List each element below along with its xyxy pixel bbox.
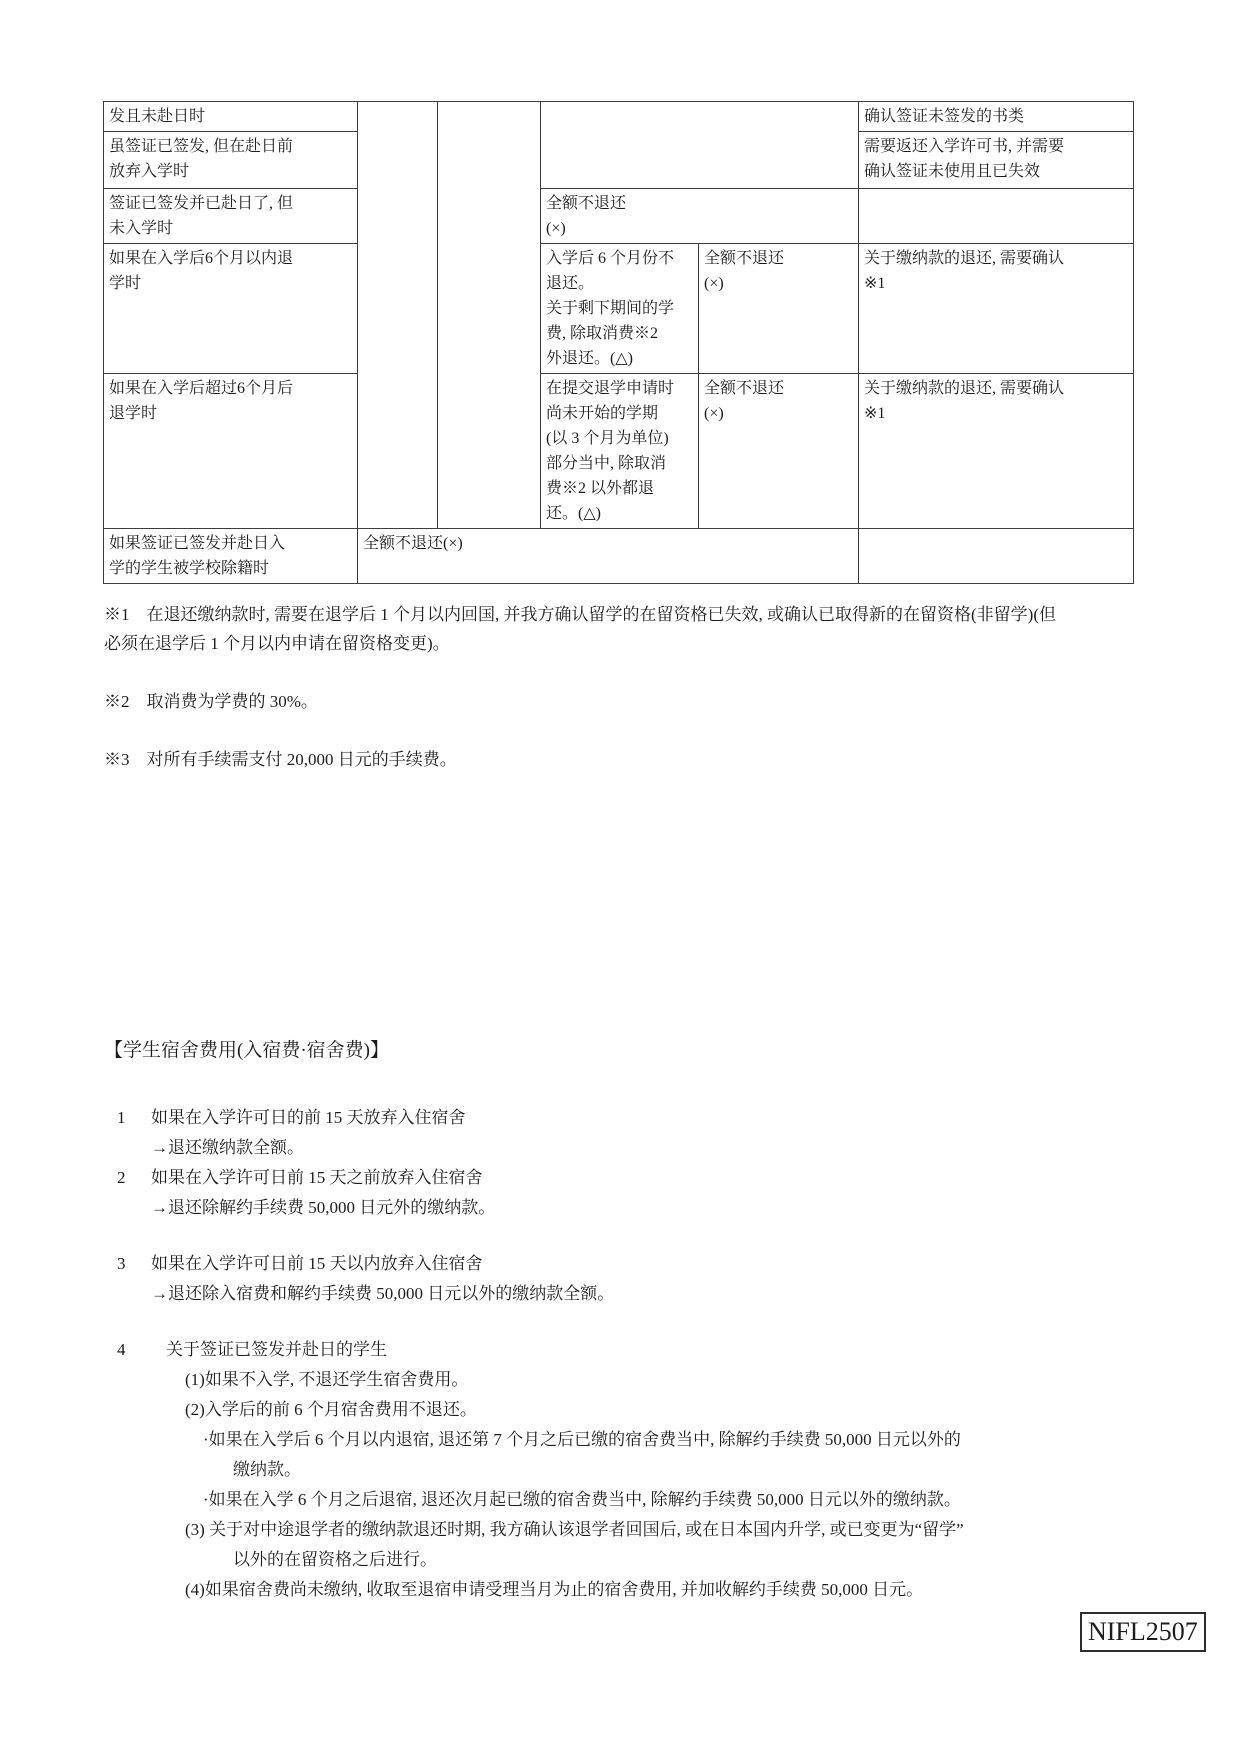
sub-item-continuation: 以外的在留资格之后进行。 xyxy=(151,1545,1204,1575)
table-cell-condition: 如果在入学后6个月以内退 学时 xyxy=(104,244,358,374)
sub-item: (3) 关于对中途退学者的缴纳款退还时期, 我方确认该退学者回国后, 或在日本国… xyxy=(151,1515,1204,1545)
sub-item: (1)如果不入学, 不退还学生宿舍费用。 xyxy=(151,1365,1204,1395)
footnote-1: ※1 在退还缴纳款时, 需要在退学后 1 个月以内回国, 并我方确认留学的在留资… xyxy=(104,600,1196,658)
sub-item: (2)入学后的前 6 个月宿舍费用不退还。 xyxy=(151,1395,1204,1425)
item-number: 4 xyxy=(104,1335,151,1605)
table-cell-empty xyxy=(358,102,438,529)
document-code-stamp: NIFL2507 xyxy=(1080,1612,1206,1652)
item-result: →退还除入宿费和解约手续费 50,000 日元以外的缴纳款全额。 xyxy=(151,1279,1204,1309)
refund-conditions-table: 发且未赴日时 确认签证未签发的书类 虽签证已签发, 但在赴日前 放弃入学时 需要… xyxy=(103,101,1134,584)
footnote-2: ※2 取消费为学费的 30%。 xyxy=(104,687,1196,716)
table-row: 发且未赴日时 确认签证未签发的书类 xyxy=(104,102,1134,132)
list-item: 1 如果在入学许可日的前 15 天放弃入住宿舍 →退还缴纳款全额。 xyxy=(104,1103,1204,1163)
item-number: 2 xyxy=(104,1163,151,1223)
item-number: 1 xyxy=(104,1103,151,1163)
table-cell-condition: 签证已签发并已赴日了, 但 未入学时 xyxy=(104,189,358,244)
table-cell-remark: 确认签证未签发的书类 xyxy=(859,102,1134,132)
sub-item-continuation: 缴纳款。 xyxy=(151,1455,1204,1485)
table-cell-remark: 关于缴纳款的退还, 需要确认 ※1 xyxy=(859,244,1134,374)
table-cell-remark: 需要返还入学许可书, 并需要 确认签证未使用且已失效 xyxy=(859,132,1134,189)
table-cell-empty xyxy=(541,102,859,189)
sub-item: ·如果在入学 6 个月之后退宿, 退还次月起已缴的宿舍费当中, 除解约手续费 5… xyxy=(151,1485,1204,1515)
table-cell-refund: 全额不退还 (×) xyxy=(699,244,859,374)
list-item: 2 如果在入学许可日前 15 天之前放弃入住宿舍 →退还除解约手续费 50,00… xyxy=(104,1163,1204,1223)
item-result: →退还缴纳款全额。 xyxy=(151,1133,1204,1163)
item-number: 3 xyxy=(104,1249,151,1309)
table-cell-condition: 虽签证已签发, 但在赴日前 放弃入学时 xyxy=(104,132,358,189)
table-cell-condition: 如果在入学后超过6个月后 退学时 xyxy=(104,374,358,529)
table-cell-refund: 全额不退还 (×) xyxy=(541,189,859,244)
table-cell-empty xyxy=(438,102,541,529)
table-cell-condition: 发且未赴日时 xyxy=(104,102,358,132)
table-cell-tuition: 在提交退学申请时 尚未开始的学期 (以 3 个月为单位) 部分当中, 除取消 费… xyxy=(541,374,699,529)
item-text: 关于签证已签发并赴日的学生 xyxy=(151,1335,1204,1365)
dormitory-fee-section: 【学生宿舍费用(入宿费·宿舍费)】 1 如果在入学许可日的前 15 天放弃入住宿… xyxy=(104,1036,1204,1605)
table-cell-refund: 全额不退还 (×) xyxy=(699,374,859,529)
item-text: 如果在入学许可日前 15 天之前放弃入住宿舍 xyxy=(151,1163,1204,1193)
item-text: 如果在入学许可日前 15 天以内放弃入住宿舍 xyxy=(151,1249,1204,1279)
table-row: 如果在入学后6个月以内退 学时 入学后 6 个月份不 退还。 关于剩下期间的学 … xyxy=(104,244,1134,374)
item-text: 如果在入学许可日的前 15 天放弃入住宿舍 xyxy=(151,1103,1204,1133)
table-cell-remark: 关于缴纳款的退还, 需要确认 ※1 xyxy=(859,374,1134,529)
list-item: 3 如果在入学许可日前 15 天以内放弃入住宿舍 →退还除入宿费和解约手续费 5… xyxy=(104,1249,1204,1309)
footnotes: ※1 在退还缴纳款时, 需要在退学后 1 个月以内回国, 并我方确认留学的在留资… xyxy=(104,571,1196,803)
list-item: 4 关于签证已签发并赴日的学生 (1)如果不入学, 不退还学生宿舍费用。 (2)… xyxy=(104,1335,1204,1605)
table-row: 如果在入学后超过6个月后 退学时 在提交退学申请时 尚未开始的学期 (以 3 个… xyxy=(104,374,1134,529)
section-heading: 【学生宿舍费用(入宿费·宿舍费)】 xyxy=(104,1036,1204,1066)
table-cell-empty xyxy=(859,189,1134,244)
document-page: 发且未赴日时 确认签证未签发的书类 虽签证已签发, 但在赴日前 放弃入学时 需要… xyxy=(0,0,1241,1755)
sub-item: ·如果在入学后 6 个月以内退宿, 退还第 7 个月之后已缴的宿舍费当中, 除解… xyxy=(151,1425,1204,1455)
sub-item: (4)如果宿舍费尚未缴纳, 收取至退宿申请受理当月为止的宿舍费用, 并加收解约手… xyxy=(151,1575,1204,1605)
table-row: 签证已签发并已赴日了, 但 未入学时 全额不退还 (×) xyxy=(104,189,1134,244)
table-cell-tuition: 入学后 6 个月份不 退还。 关于剩下期间的学 费, 除取消费※2 外退还。(△… xyxy=(541,244,699,374)
item-result: →退还除解约手续费 50,000 日元外的缴纳款。 xyxy=(151,1193,1204,1223)
footnote-3: ※3 对所有手续需支付 20,000 日元的手续费。 xyxy=(104,745,1196,774)
